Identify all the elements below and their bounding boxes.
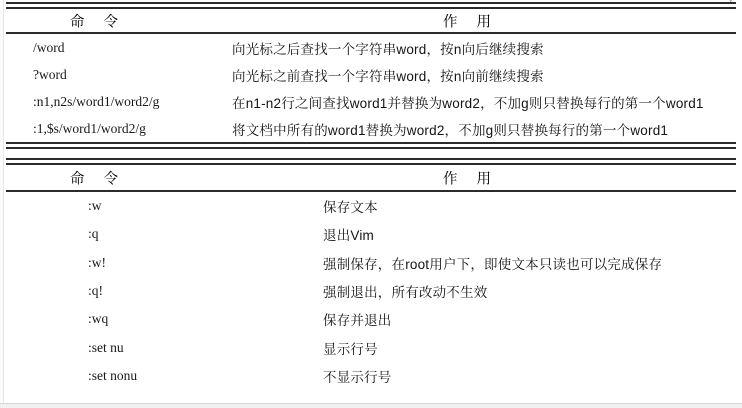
command-cell: :1,$s/word1/word2/g (6, 121, 232, 137)
column-header-command: 命 令 (70, 10, 118, 31)
column-header-command: 命 令 (70, 167, 118, 188)
description-cell: 向光标之后查找一个字符串word，按n向后继续搜索 (232, 38, 736, 58)
table-top-rule (6, 2, 736, 9)
command-cell: :n1,n2s/word1/word2/g (6, 94, 232, 110)
table-row: ?word 向光标之前查找一个字符串word，按n向前继续搜索 (6, 61, 736, 88)
description-cell: 强制退出，所有改动不生效 (323, 281, 736, 301)
table-row: :set nu 显示行号 (6, 333, 736, 361)
table-row: :1,$s/word1/word2/g 将文档中所有的word1替换为word2… (6, 115, 736, 142)
document-page: { "page": { "corner_mark": "ˣ" }, "color… (0, 0, 742, 408)
page-bottom-strip (0, 403, 742, 408)
column-header-action: 作 用 (443, 10, 491, 31)
table-bottom-rule (6, 142, 736, 149)
description-cell: 强制保存，在root用户下，即使文本只读也可以完成保存 (323, 253, 736, 273)
table-row: :q 退出Vim (6, 220, 736, 248)
description-cell: 不显示行号 (323, 366, 736, 386)
description-cell: 显示行号 (323, 338, 736, 358)
description-cell: 向光标之前查找一个字符串word，按n向前继续搜索 (232, 65, 736, 85)
command-cell: :w! (6, 255, 323, 271)
table-row: /word 向光标之后查找一个字符串word，按n向后继续搜索 (6, 34, 736, 61)
description-cell: 保存文本 (323, 196, 736, 216)
table-row: :n1,n2s/word1/word2/g 在n1-n2行之间查找word1并替… (6, 88, 736, 115)
page-left-edge (0, 0, 4, 403)
command-cell: :w (6, 198, 323, 214)
table-header-row: 命 令 作 用 (6, 9, 736, 32)
description-cell: 在n1-n2行之间查找word1并替换为word2，不加g则只替换每行的第一个w… (232, 92, 736, 112)
vim-search-commands-table: 命 令 作 用 /word 向光标之后查找一个字符串word，按n向后继续搜索 … (6, 2, 736, 149)
command-cell: :q (6, 226, 323, 242)
column-header-action: 作 用 (443, 167, 491, 188)
description-cell: 保存并退出 (323, 309, 736, 329)
command-cell: :q! (6, 283, 323, 299)
table-row: :w! 强制保存，在root用户下，即使文本只读也可以完成保存 (6, 249, 736, 277)
command-cell: ?word (6, 67, 232, 83)
table-row: :set nonu 不显示行号 (6, 362, 736, 390)
description-cell: 退出Vim (323, 224, 736, 244)
command-cell: /word (6, 40, 232, 56)
table-header-row: 命 令 作 用 (6, 165, 736, 190)
table-row: :q! 强制退出，所有改动不生效 (6, 277, 736, 305)
table-row: :w 保存文本 (6, 192, 736, 220)
table-top-rule (6, 158, 736, 165)
vim-save-quit-commands-table: 命 令 作 用 :w 保存文本 :q 退出Vim :w! 强制保存，在root用… (6, 158, 736, 390)
description-cell: 将文档中所有的word1替换为word2，不加g则只替换每行的第一个word1 (232, 119, 736, 139)
command-cell: :set nu (6, 340, 323, 356)
command-cell: :wq (6, 311, 323, 327)
table-row: :wq 保存并退出 (6, 305, 736, 333)
command-cell: :set nonu (6, 368, 323, 384)
